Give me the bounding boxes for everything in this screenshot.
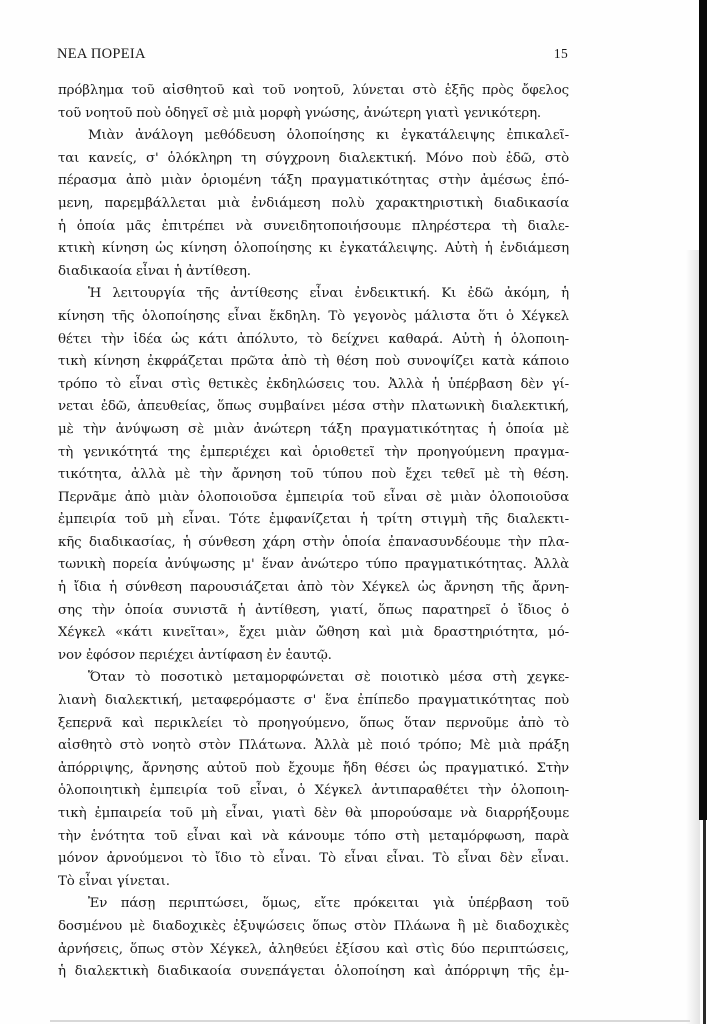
paragraph-first-line: Μιὰν ἀνάλογη μεθόδευση ὁλοποίησης κι ἐγκ… [58, 125, 569, 148]
text-line: κῆς διαδικασίας, ἡ σύνθεση χάρη στὴν ὁπο… [58, 532, 569, 555]
text-line: μενη, παρεμβάλλεται μιὰ ἐνδιάμεση πολὺ χ… [58, 193, 569, 216]
text-line: τὴ γενικότητά της ἐμπεριέχει καὶ ὁριοθετ… [58, 442, 569, 465]
text-line: τοῦ νοητοῦ ποὺ ὁδηγεῖ σὲ μιὰ μορφὴ γνώση… [58, 103, 569, 126]
text-line: θέτει τὴν ἰδέα ὡς κάτι ἀπόλυτο, τὸ δείχν… [58, 329, 569, 352]
text-line: ἀπόρριψης, ἄρνησης αὐτοῦ ποὺ ἔχουμε ἤδη … [58, 758, 569, 781]
paragraph-first-line: Ὅταν τὸ ποσοτικὸ μεταμορφώνεται σὲ ποιοτ… [58, 667, 569, 690]
text-line: Περνᾶμε ἀπὸ μιὰν ὁλοποιοῦσα ἐμπειρία τοῦ… [58, 487, 569, 510]
text-line: Τὸ εἶναι γίνεται. [58, 871, 569, 894]
text-line: σης τὴν ὁποία συνιστᾶ ἡ ἀντίθεση, γιατί,… [58, 600, 569, 623]
scan-edge-dark [699, 0, 707, 820]
text-line: λιανὴ διαλεκτική, μεταφερόμαστε σ' ἕνα ἐ… [58, 690, 569, 713]
page-number: 15 [554, 46, 568, 62]
text-line: ἡ ὁποία μᾶς ἐπιτρέπει νὰ συνειδητοποιήσο… [58, 216, 569, 239]
text-line: πέρασμα ἀπὸ μιὰν ὁριομένη τάξη πραγματικ… [58, 170, 569, 193]
running-head-title: ΝΕΑ ΠΟΡΕΙΑ [57, 46, 146, 62]
text-line: ὁλοποιητικὴ ἐμπειρία τοῦ εἶναι, ὁ Χέγκελ… [58, 780, 569, 803]
text-line: μόνον ἀρνούμενοι τὸ ἴδιο τὸ εἶναι. Τὸ εἶ… [58, 848, 569, 871]
paragraph-first-line: Ἐν πάσῃ περιπτώσει, ὅμως, εἴτε πρόκειται… [58, 893, 569, 916]
text-line: ἀρνήσεις, ὅπως στὸν Χέγκελ, ἀληθεύει ἐξί… [58, 939, 569, 962]
text-line: νεται ἐδῶ, ἀπευθείας, ὅπως συμβαίνει μέσ… [58, 396, 569, 419]
text-line: τικὴ κίνηση ἐκφράζεται πρῶτα ἀπὸ τὴ θέση… [58, 351, 569, 374]
text-line: ἡ διαλεκτικὴ διαδικαοία συνεπάγεται ὁλοπ… [58, 961, 569, 984]
text-line: νον ἐφόσον περιέχει ἀντίφαση ἐν ἑαυτῷ. [58, 645, 569, 668]
paragraph-first-line: Ἡ λειτουργία τῆς ἀντίθεσης εἶναι ἐνδεικτ… [58, 283, 569, 306]
text-line: μὲ τὴν ἀνύψωση σὲ μιὰν ἀνώτερη τάξη πραγ… [58, 419, 569, 442]
text-line: τικὴ ἐμπαιρεία τοῦ μὴ εἶναι, γιατὶ δὲν θ… [58, 803, 569, 826]
text-line: πρόβλημα τοῦ αἰσθητοῦ καὶ τοῦ νοητοῦ, λύ… [58, 80, 569, 103]
text-line: τρόπο τὸ εἶναι στὶς θετικὲς ἐκδηλώσεις τ… [58, 374, 569, 397]
text-line: τωνικὴ πορεία ἀνύψωσης μ' ἕναν ἀνώτερο τ… [58, 554, 569, 577]
text-line: ἡ ἴδια ἡ σύνθεση παρουσιάζεται ἀπὸ τὸν Χ… [58, 577, 569, 600]
text-line: αἰσθητὸ στὸ νοητὸ στὸν Πλάτωνα. Ἀλλὰ μὲ … [58, 735, 569, 758]
body-text: πρόβλημα τοῦ αἰσθητοῦ καὶ τοῦ νοητοῦ, λύ… [58, 80, 569, 984]
page-gutter-shadow [686, 250, 700, 1024]
text-line: κίνηση τῆς ὁλοποίησης εἶναι ἔκδηλη. Τὸ γ… [58, 306, 569, 329]
text-line: ξεπερνᾶ καὶ περικλείει τὸ προηγούμενο, ὅ… [58, 713, 569, 736]
scan-edge-line [703, 820, 706, 1024]
scan-bottom-edge [50, 1020, 690, 1022]
book-page: ΝΕΑ ΠΟΡΕΙΑ 15 πρόβλημα τοῦ αἰσθητοῦ καὶ … [0, 0, 707, 1024]
running-head: ΝΕΑ ΠΟΡΕΙΑ 15 [57, 46, 568, 62]
text-line: τὴν ἑνότητα τοῦ εἶναι καὶ νὰ κάνουμε τόπ… [58, 826, 569, 849]
text-line: διαδικαοία εἶναι ἡ ἀντίθεση. [58, 261, 569, 284]
text-line: κτικὴ κίνηση ὡς κίνηση ὁλοποίησης κι ἐγκ… [58, 238, 569, 261]
text-line: ται κανείς, σ' ὁλόκληρη τη σύγχρονη διαλ… [58, 148, 569, 171]
text-line: Χέγκελ «κάτι κινεῖται», ἔχει μιὰν ὤθηση … [58, 622, 569, 645]
text-line: τικότητα, ἀλλὰ μὲ τὴν ἄρνηση τοῦ τύπου π… [58, 464, 569, 487]
text-line: δοσμένου μὲ διαδοχικὲς ἐξυψώσεις ὅπως στ… [58, 916, 569, 939]
text-line: ἐμπειρία τοῦ μὴ εἶναι. Τότε ἐμφανίζεται … [58, 509, 569, 532]
